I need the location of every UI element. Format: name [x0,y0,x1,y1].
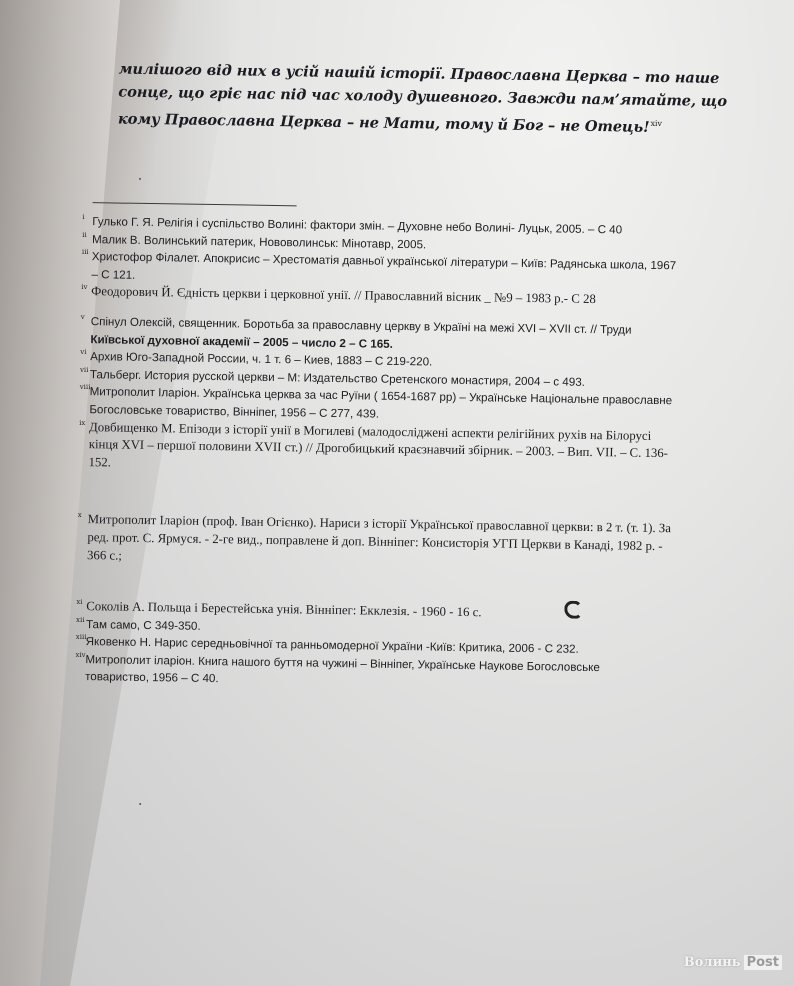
footnote-marker: xiii [76,629,87,647]
ink-speck [139,178,141,180]
watermark-logo: Волинь Post [684,955,782,970]
ink-speck [139,803,141,805]
footnote-marker: i [82,209,85,227]
footnote-marker: xiv [75,647,85,665]
footnote-separator [93,202,297,206]
document-page: милішого від них в усій нашій історії. П… [0,0,794,986]
footnote-marker: vi [80,344,86,362]
footnote-marker: iv [81,279,87,297]
footnote-marker: ix [79,414,85,432]
footnote-marker: xi [76,594,82,612]
footnote-marker: vii [80,362,89,380]
footnote-marker: viii [80,379,91,397]
footnote: ixДовбищенко М. Епізоди з історії унії в… [80,419,771,483]
footnote-marker: ii [82,227,87,245]
quote-line-text: кому Православна Церква – не Мати, тому … [118,111,650,136]
quote-paragraph: милішого від них в усій нашій історії. П… [118,58,699,140]
footnote-reference: xiv [650,119,661,128]
watermark-brand: Волинь [684,955,741,970]
footnote-marker: v [81,309,85,327]
footnote-marker: x [78,507,82,525]
footnotes-list: iГулько Г. Я. Релігія і суспільство Воли… [77,213,774,697]
footnote-marker: xii [76,612,85,630]
footnote-marker: iii [82,244,89,262]
footnote: xМитрополит Іларіон (проф. Іван Огієнко)… [79,511,770,575]
ink-blot [564,601,582,619]
watermark-suffix: Post [744,955,782,970]
